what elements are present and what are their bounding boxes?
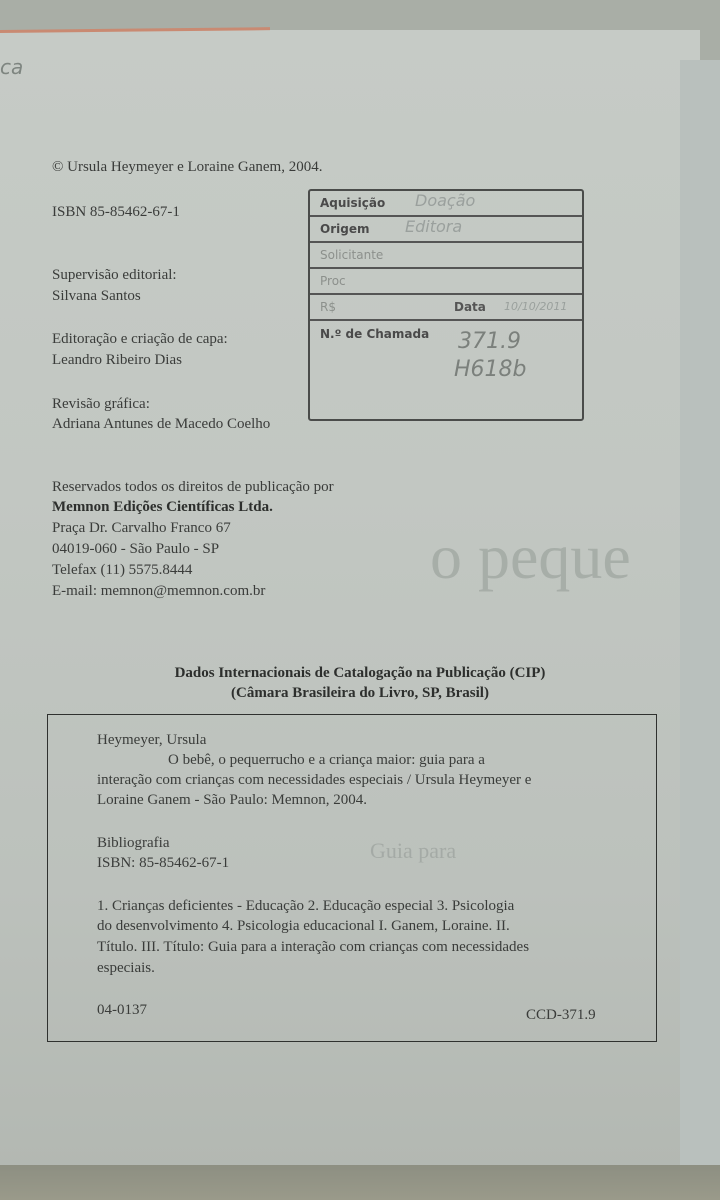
call-number-line2: H618b	[454, 357, 527, 383]
cip-subheading: (Câmara Brasileira do Livro, SP, Brasil)	[0, 685, 720, 702]
cip-heading: Dados Internacionais de Catalogação na P…	[0, 665, 720, 682]
cip-subjects-line: especiais.	[97, 958, 155, 978]
page-bottom-edge	[0, 1165, 720, 1200]
credit-name: Silvana Santos	[52, 286, 141, 306]
handwritten-value: Doação	[415, 189, 475, 213]
cip-title-line: Loraine Ganem - São Paulo: Memnon, 2004.	[97, 790, 367, 810]
credit-role: Supervisão editorial:	[52, 265, 177, 285]
stamp-label: Proc	[320, 274, 346, 288]
cip-control-number: 04-0137	[97, 1000, 147, 1020]
stamp-label: Origem	[320, 222, 369, 236]
cip-bibliography: Bibliografia	[97, 833, 169, 853]
stamp-row-aquisicao: Aquisição Doação	[310, 191, 582, 217]
publisher-name: Memnon Edições Científicas Ltda.	[52, 497, 273, 517]
cip-subjects-line: 1. Crianças deficientes - Educação 2. Ed…	[97, 896, 514, 916]
cip-record-box: Heymeyer, Ursula O bebê, o pequerrucho e…	[47, 714, 657, 1042]
publisher-address: Praça Dr. Carvalho Franco 67	[52, 518, 231, 538]
stamp-label: Aquisição	[320, 196, 385, 210]
credit-role: Editoração e criação de capa:	[52, 329, 228, 349]
show-through-text: o peque	[430, 520, 631, 594]
rights-statement: Reservados todos os direitos de publicaç…	[52, 477, 334, 497]
stamp-date-label: Data	[454, 295, 486, 319]
adjacent-page-edge	[680, 60, 720, 1200]
cip-subjects-line: do desenvolvimento 4. Psicologia educaci…	[97, 916, 510, 936]
cip-title-line: O bebê, o pequerrucho e a criança maior:…	[168, 750, 485, 770]
stamp-row-origem: Origem Editora	[310, 217, 582, 243]
publisher-email: E-mail: memnon@memnon.com.br	[52, 581, 265, 601]
pencil-mark: ca	[0, 55, 23, 79]
copyright-line: © Ursula Heymeyer e Loraine Ganem, 2004.	[52, 157, 322, 177]
cip-classification: CCD-371.9	[526, 1005, 596, 1025]
call-number-line1: 371.9	[458, 329, 521, 355]
library-stamp: Aquisição Doação Origem Editora Solicita…	[308, 189, 584, 421]
handwritten-date: 10/10/2011	[504, 295, 567, 319]
stamp-label: R$	[320, 300, 336, 314]
stamp-row-proc: Proc	[310, 269, 582, 295]
stamp-label: Solicitante	[320, 248, 383, 262]
publisher-city: 04019-060 - São Paulo - SP	[52, 539, 219, 559]
credit-name: Leandro Ribeiro Dias	[52, 350, 182, 370]
credit-role: Revisão gráfica:	[52, 394, 150, 414]
stamp-call-label: N.º de Chamada	[320, 327, 429, 341]
credit-name: Adriana Antunes de Macedo Coelho	[52, 414, 270, 434]
stamp-row-valor: R$ Data 10/10/2011	[310, 295, 582, 321]
stamp-row-solicitante: Solicitante	[310, 243, 582, 269]
cip-subjects-line: Título. III. Título: Guia para a interaç…	[97, 937, 529, 957]
handwritten-value: Editora	[405, 215, 462, 239]
isbn-line: ISBN 85-85462-67-1	[52, 202, 180, 222]
cip-title-line: interação com crianças com necessidades …	[97, 770, 531, 790]
cip-isbn: ISBN: 85-85462-67-1	[97, 853, 229, 873]
publisher-phone: Telefax (11) 5575.8444	[52, 560, 192, 580]
cip-author: Heymeyer, Ursula	[97, 730, 206, 750]
